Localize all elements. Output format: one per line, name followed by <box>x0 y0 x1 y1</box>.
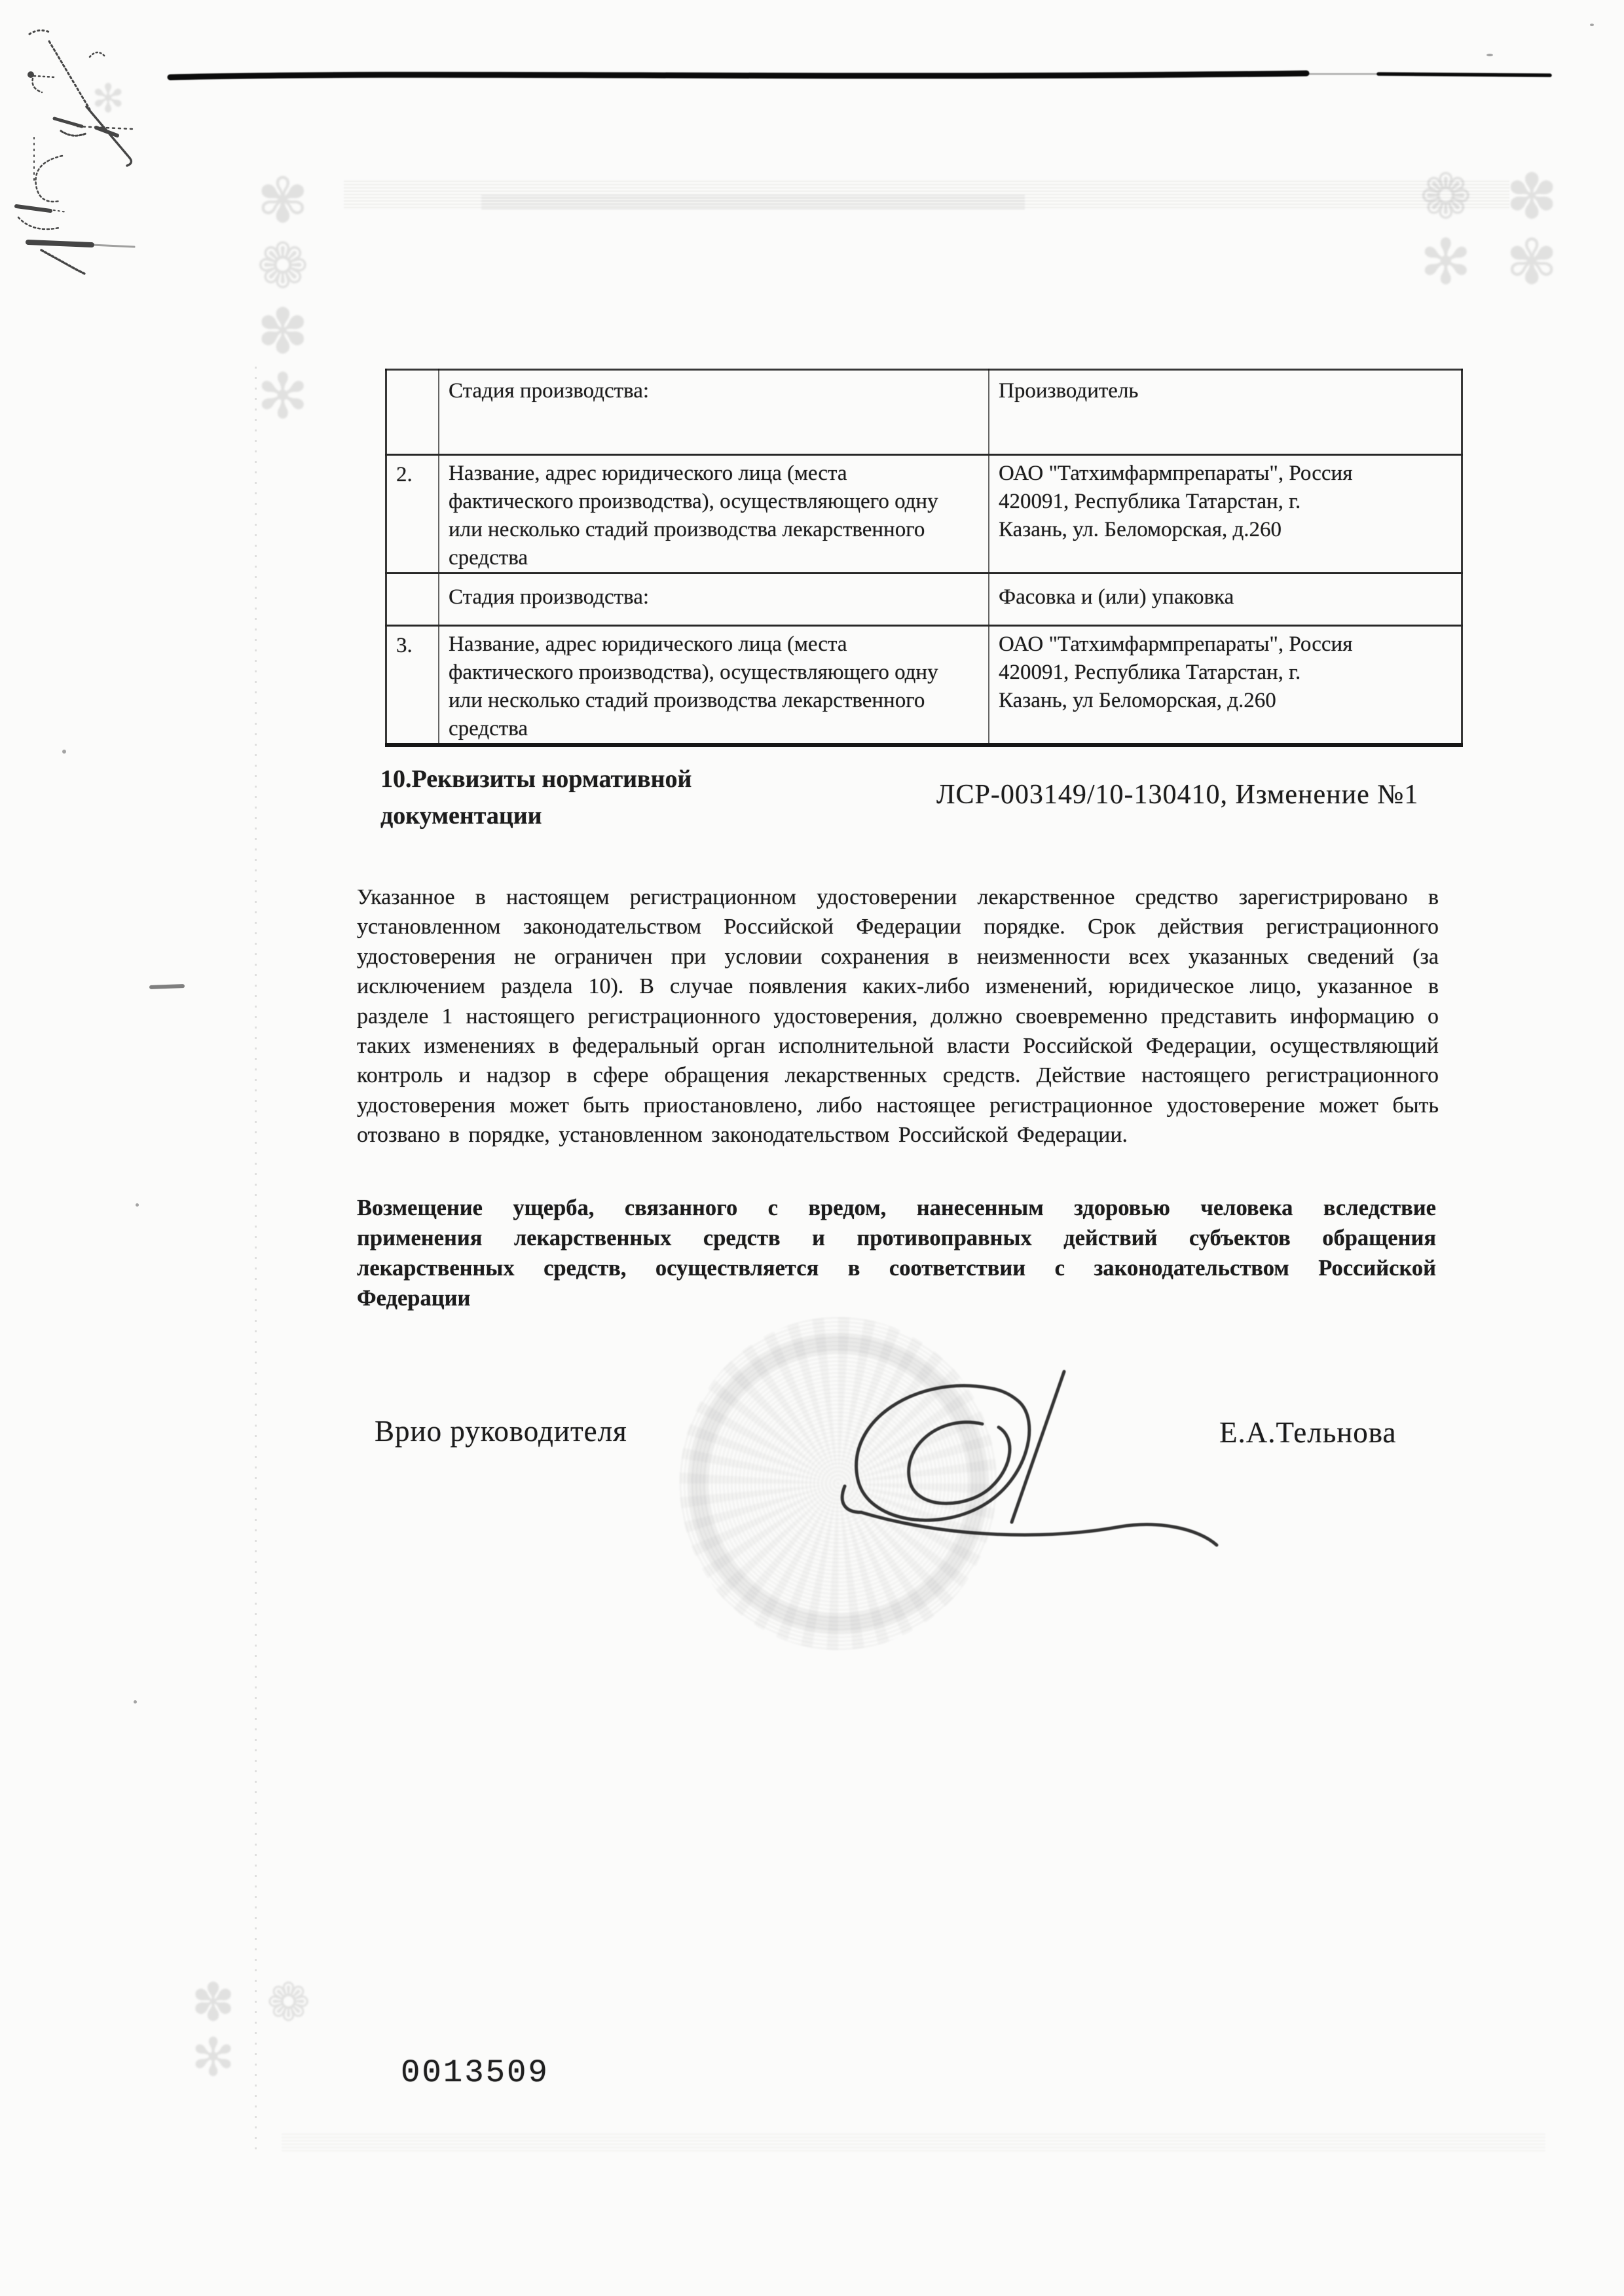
handwritten-pen-mark-icon <box>0 26 157 314</box>
row-number-cell <box>386 574 439 626</box>
stage-label-cell: Стадия производства: <box>439 574 989 626</box>
registration-number: ЛСР-003149/10-130410, Изменение №1 <box>936 779 1418 811</box>
signer-role-label: Врио руководителя <box>375 1414 627 1448</box>
stage-label-cell: Стадия производства: <box>439 370 989 455</box>
table-row: 3. Название, адрес юридического лица (ме… <box>386 626 1462 746</box>
scan-noise-band <box>282 2132 1545 2151</box>
table-row: 2. Название, адрес юридического лица (ме… <box>386 455 1462 574</box>
flourish-ornament-icon: ✽ ❁ ✻ <box>191 1976 381 2086</box>
margin-dash-mark <box>149 984 185 989</box>
manufacturer-header-cell: Производитель <box>989 370 1462 455</box>
manufacturer-value-cell: ОАО "Татхимфармпрепараты", Россия 420091… <box>989 626 1462 746</box>
signer-name-label: Е.А.Тельнова <box>1219 1415 1396 1449</box>
row-number-cell: 2. <box>386 455 439 574</box>
scan-noise-band <box>344 181 1509 208</box>
table-row: Стадия производства: Фасовка и (или) упа… <box>386 574 1462 626</box>
scanned-certificate-page: ✻ ✾ ❁ ✽ ✻ ❁ ✽ ✻ ✾ ✽ ❁ ✻ Стадия производс… <box>0 0 1624 2296</box>
row-number-cell <box>386 370 439 455</box>
flourish-ornament-icon: ✻ <box>92 79 134 120</box>
liability-paragraph: Возмещение ущерба, связанного с вредом, … <box>357 1193 1436 1313</box>
manufacturer-value-cell: ОАО "Татхимфармпрепараты", Россия 420091… <box>989 455 1462 574</box>
handwritten-signature-icon <box>766 1349 1225 1584</box>
legal-entity-label-cell: Название, адрес юридического лица (места… <box>439 626 989 746</box>
registration-terms-paragraph: Указанное в настоящем регистрационном уд… <box>357 883 1439 1150</box>
form-serial-number: 0013509 <box>401 2054 549 2091</box>
scan-top-rule <box>167 65 1555 89</box>
scan-noise-band <box>481 194 1025 210</box>
scan-speck <box>62 750 66 754</box>
scan-dotted-line <box>255 367 257 2154</box>
scan-speck <box>1590 24 1594 26</box>
section-10-heading: 10.Реквизиты нормативной документации <box>380 761 773 834</box>
stage-value-cell: Фасовка и (или) упаковка <box>989 574 1462 626</box>
row-number-cell: 3. <box>386 626 439 746</box>
flourish-ornament-icon: ❁ ✽ ✻ ✾ <box>1420 165 1583 296</box>
scan-speck <box>136 1203 139 1207</box>
table-row: Стадия производства: Производитель <box>386 370 1462 455</box>
scan-speck <box>1486 54 1493 56</box>
production-table: Стадия производства: Производитель 2. На… <box>385 369 1463 747</box>
scan-speck <box>134 1700 137 1704</box>
legal-entity-label-cell: Название, адрес юридического лица (места… <box>439 455 989 574</box>
flourish-ornament-icon: ✾ ❁ ✽ ✻ <box>257 169 394 430</box>
